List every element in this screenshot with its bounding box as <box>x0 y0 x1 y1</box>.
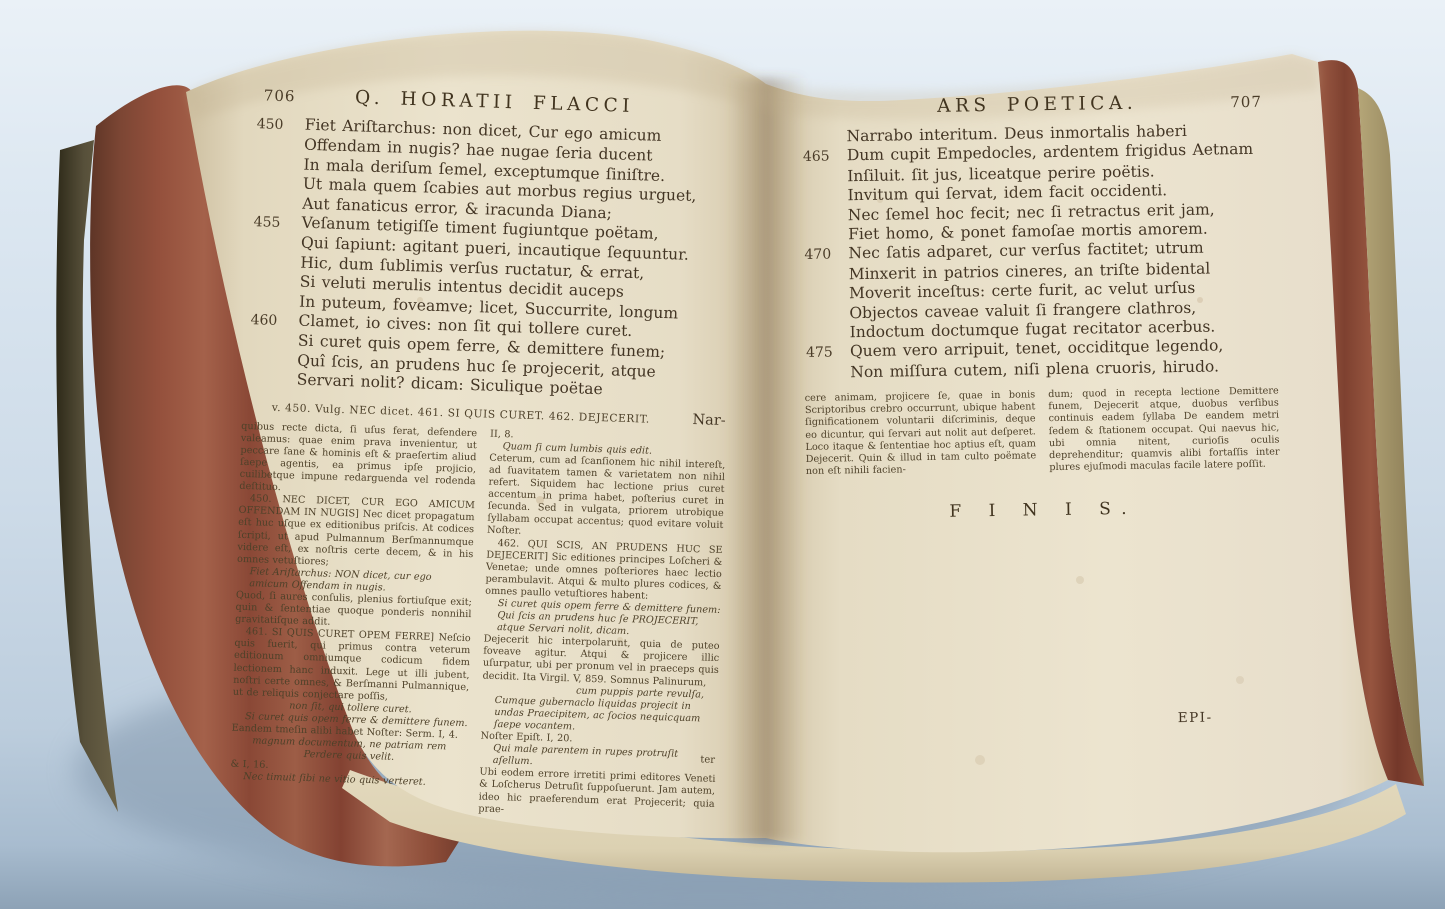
header-spacer <box>681 113 737 115</box>
verse-line-number <box>253 247 301 249</box>
header-spacer <box>800 113 856 114</box>
right-page-content: ARS POETICA. 707 Narrabo interitum. Deus… <box>800 91 1281 524</box>
verse-line-number <box>806 377 850 378</box>
verse-line-number <box>249 364 297 366</box>
right-page-number: 707 <box>1218 93 1274 112</box>
verse-line-number <box>804 200 848 201</box>
verse-line-number <box>254 207 302 209</box>
commentary-paragraph: Ceterum, cum ad ſcanſionem hic nihil int… <box>487 453 726 545</box>
commentary-paragraph: Ubi eodem errore irretiti primi editores… <box>478 767 715 823</box>
verse-line-number <box>805 299 849 300</box>
verse-line-number <box>252 266 300 268</box>
left-page-content: 706 Q. HORATII FLACCI 450Fiet Ariſtarchu… <box>229 84 737 823</box>
book-photo: 706 Q. HORATII FLACCI 450Fiet Ariſtarchu… <box>0 0 1445 909</box>
right-commentary-col2: dum; quod in recepta lectione Demittere … <box>1048 386 1280 474</box>
verse-line-number: 470 <box>804 246 848 266</box>
verse-line-number <box>803 181 847 182</box>
verse-line-number <box>251 305 299 307</box>
commentary-paragraph: 450. NEC DICET, CUR EGO AMICUM OFFENDAM … <box>237 493 475 573</box>
verse-line-number <box>255 187 303 189</box>
verse-line-number <box>804 239 848 240</box>
variant-note: v. 450. Vulg. NEC dicet. 461. SI QUIS CU… <box>272 401 650 425</box>
left-commentary-col1: quibus recte dicta, ſi uſus ferat, defen… <box>229 421 477 815</box>
catchword-ter: ter <box>700 754 715 765</box>
catchword-nar: Nar- <box>692 412 726 429</box>
right-running-title: ARS POETICA. <box>856 91 1218 118</box>
right-verse-block: Narrabo interitum. Deus inmortalis haber… <box>802 121 1278 384</box>
left-verse-block: 450Fiet Ariſtarchus: non dicet, Cur ego … <box>248 114 736 404</box>
verse-line-number: 455 <box>253 213 302 234</box>
verse-line-number: 465 <box>803 148 847 168</box>
verse-line-number: 460 <box>250 311 299 332</box>
left-page-number: 706 <box>251 86 308 106</box>
verse-line-number <box>806 337 850 338</box>
verse-line-number <box>803 141 847 142</box>
verse-line-number <box>805 279 849 280</box>
commentary-paragraph: 462. QUI SCIS, AN PRUDENS HUC SE DEJECER… <box>485 537 723 605</box>
verse-line-number: 450 <box>256 115 305 136</box>
commentary-paragraph: Dejecerit hic interpolarunt, quia de put… <box>482 634 719 690</box>
gutter-shadow <box>726 78 806 842</box>
left-commentary-col2: II, 8. Quam ſi cum lumbis quis edit. Cet… <box>478 428 726 822</box>
verse-line-number: 475 <box>806 344 850 364</box>
commentary-paragraph: cere animam, projicere ſe, quae in bonis… <box>805 390 1037 478</box>
verse-line-number <box>256 149 304 151</box>
verse-line-number <box>250 345 298 347</box>
right-commentary-col1: cere animam, projicere ſe, quae in bonis… <box>805 390 1037 478</box>
right-commentary: cere animam, projicere ſe, quae in bonis… <box>805 386 1280 478</box>
verse-line-number <box>255 168 303 170</box>
left-commentary: quibus recte dicta, ſi uſus ferat, defen… <box>229 421 727 823</box>
verse-line-number <box>805 318 849 319</box>
verse-line-number <box>249 383 297 385</box>
verse-line-number <box>804 220 848 221</box>
verse-line-number <box>252 285 300 287</box>
commentary-paragraph: quibus recte dicta, ſi uſus ferat, defen… <box>239 421 477 501</box>
commentary-paragraph: dum; quod in recepta lectione Demittere … <box>1048 386 1280 474</box>
commentary-paragraph: 461. SI QUIS CURET OPEM FERRE] Neſcio qu… <box>233 626 471 706</box>
catchword-epi: EPI- <box>1178 710 1213 727</box>
